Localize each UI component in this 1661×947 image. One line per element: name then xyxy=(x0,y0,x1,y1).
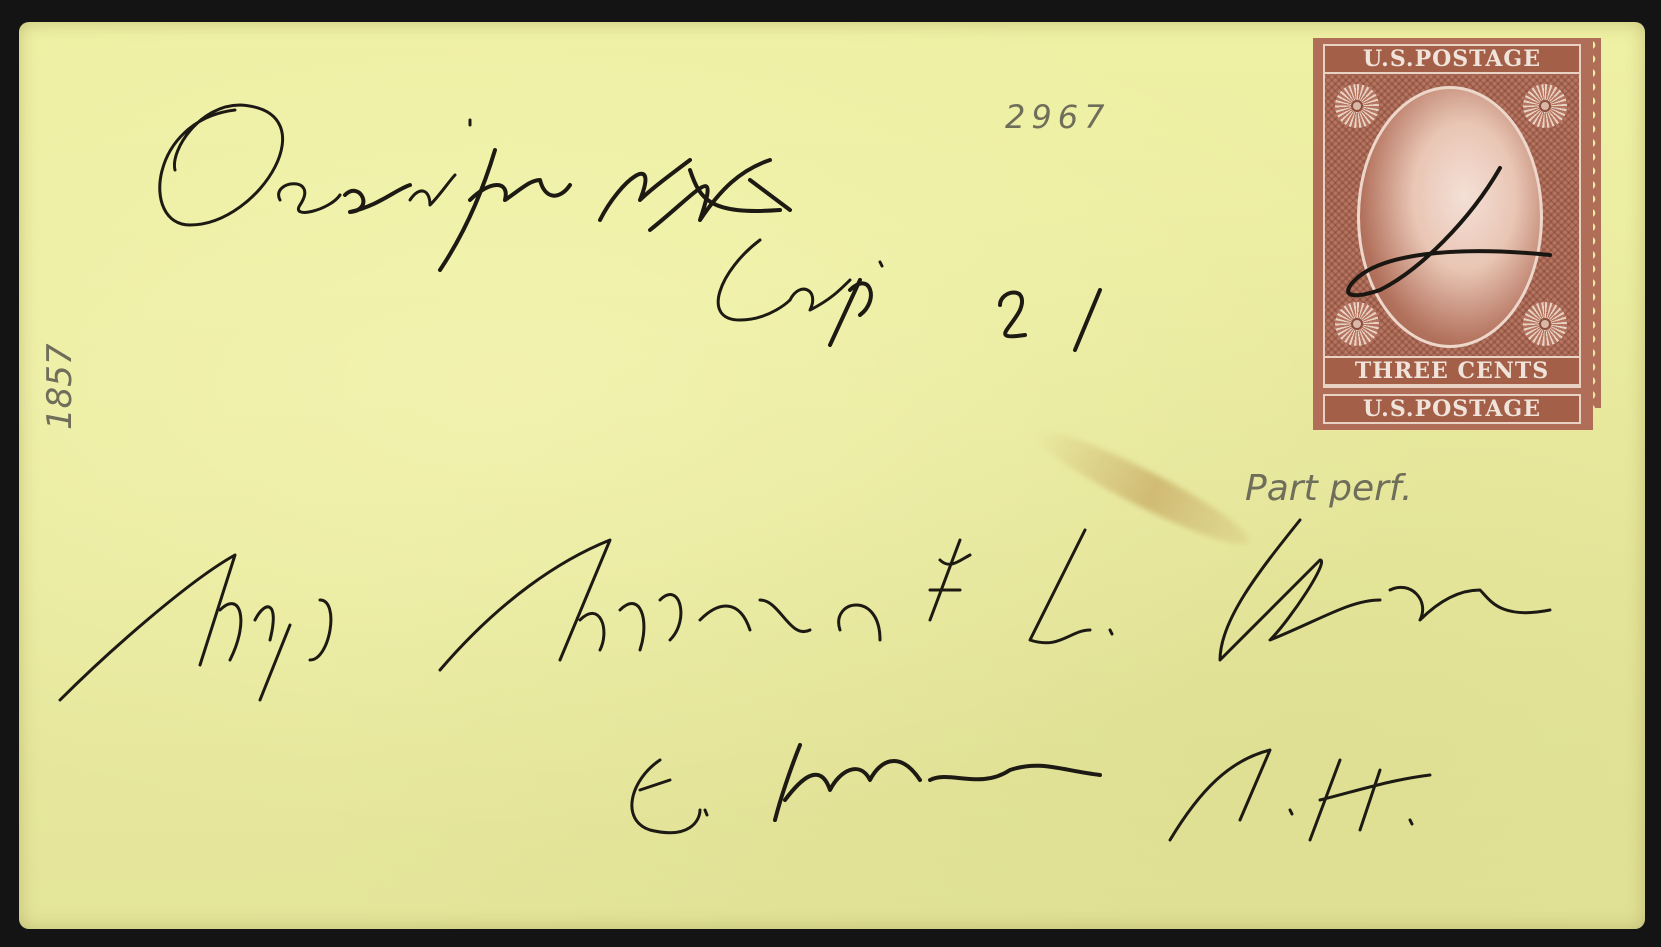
stamp-rosette-icon xyxy=(1523,302,1567,346)
stamp-top-label: U.S.POSTAGE xyxy=(1323,44,1581,74)
stamp-rosette-icon xyxy=(1335,84,1379,128)
pencil-catalog-number: 2967 xyxy=(1005,98,1110,136)
stamp-value-label: THREE CENTS xyxy=(1323,356,1581,386)
stamp-bottom-label: U.S.POSTAGE xyxy=(1323,394,1581,424)
stamp-rosette-icon xyxy=(1523,84,1567,128)
postage-stamp: U.S.POSTAGE THREE CENTS U.S.POSTAGE xyxy=(1313,38,1593,430)
pencil-condition-note: Part perf. xyxy=(1245,468,1412,509)
stamp-perforations xyxy=(1591,38,1601,408)
stamp-portrait-oval xyxy=(1357,86,1543,348)
pencil-margin-year: 1857 xyxy=(40,343,80,430)
stamp-rosette-icon xyxy=(1335,302,1379,346)
